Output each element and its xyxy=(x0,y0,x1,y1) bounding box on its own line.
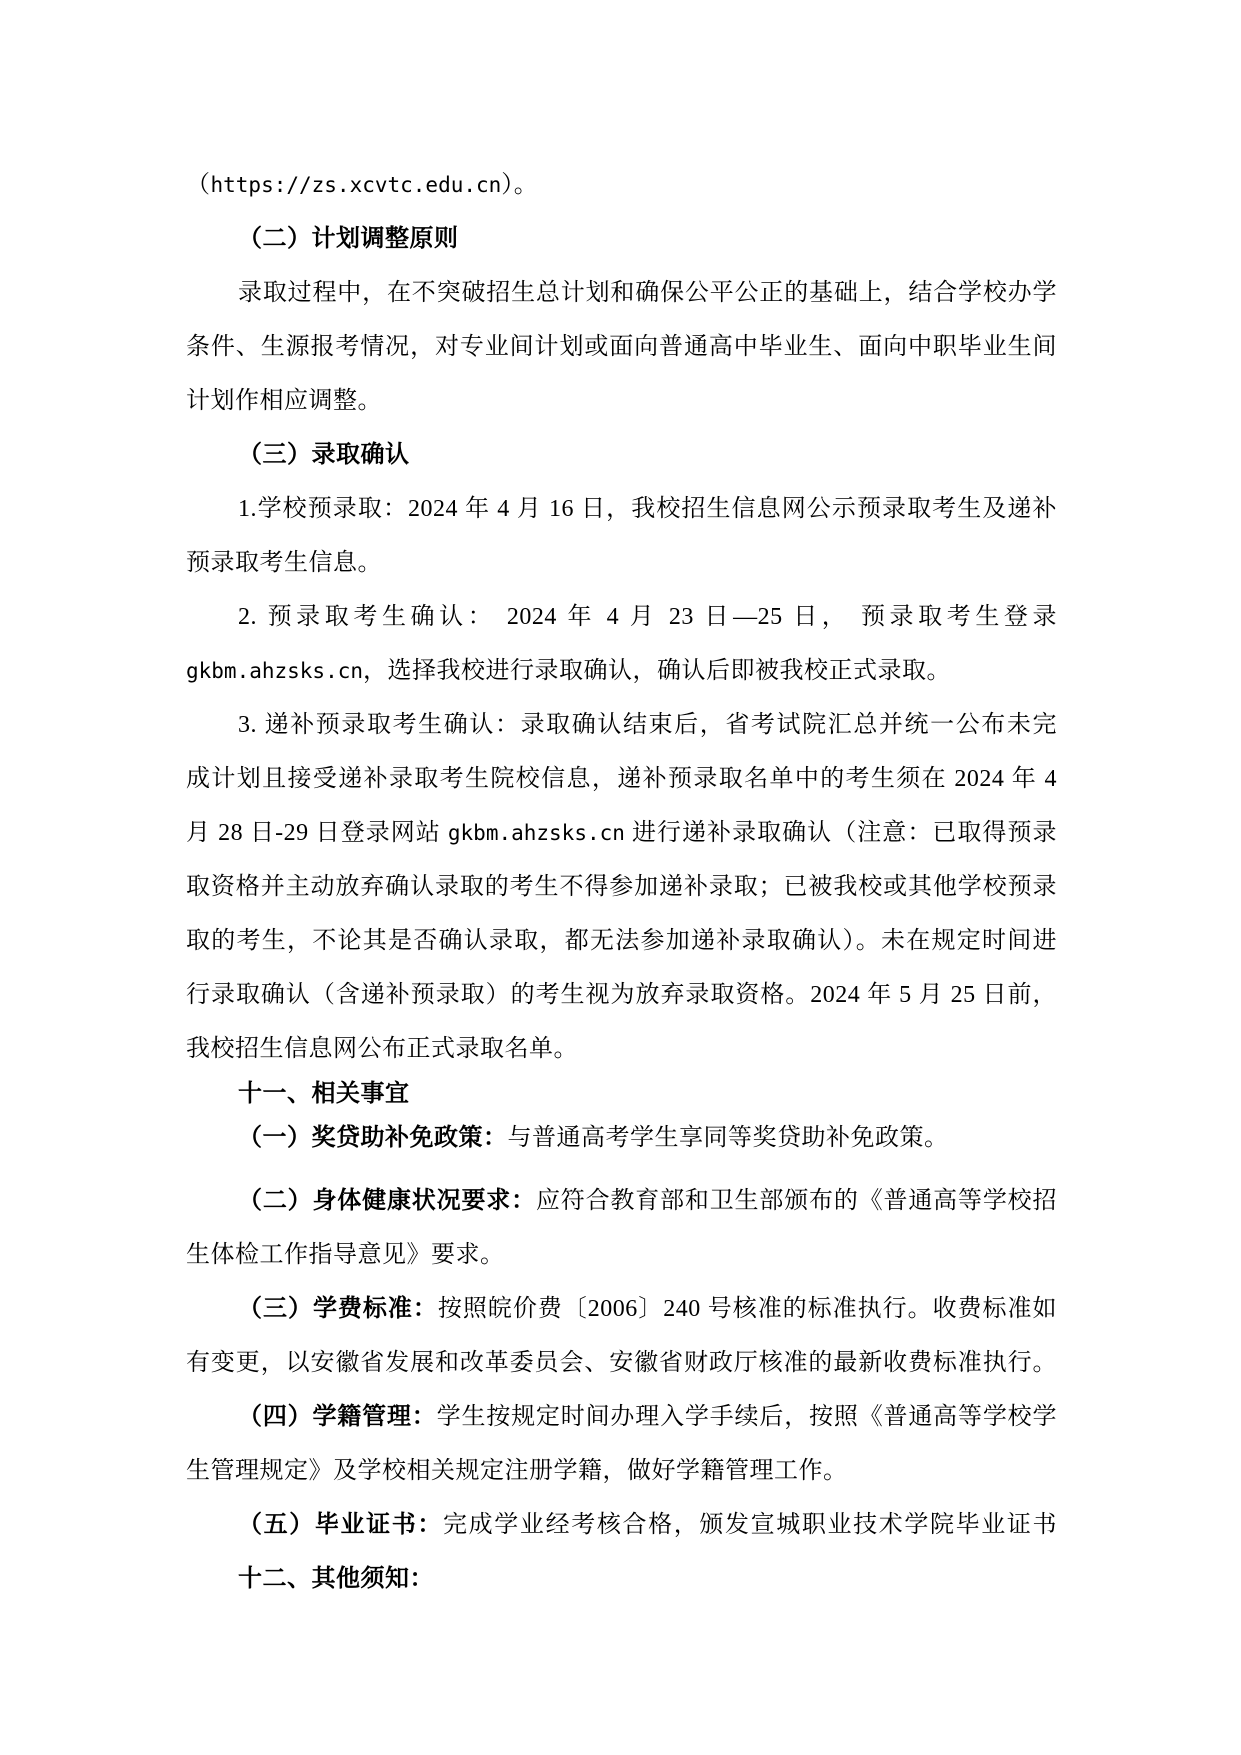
body-text: 有变更，以安徽省发展和改革委员会、安徽省财政厅核准的最新收费标准执行。 xyxy=(186,1350,1057,1376)
url-text: https://zs.xcvtc.edu.cn xyxy=(211,173,502,197)
bold-label: （五）毕业证书： xyxy=(238,1511,443,1538)
body-text: 进行递补录取确认（注意：已取得预录 xyxy=(625,820,1057,846)
body-text-line: 生管理规定》及学校相关规定注册学籍，做好学籍管理工作。 xyxy=(186,1444,1057,1498)
bold-label: （三）录取确认 xyxy=(238,441,410,468)
body-text-line: gkbm.ahzsks.cn，选择我校进行录取确认，确认后即被我校正式录取。 xyxy=(186,644,1057,698)
body-text-line: 计划作相应调整。 xyxy=(186,374,1057,428)
body-text: 取资格并主动放弃确认录取的考生不得参加递补录取；已被我校或其他学校预录 xyxy=(186,874,1057,900)
body-text-line: （二）身体健康状况要求：应符合教育部和卫生部颁布的《普通高等学校招 xyxy=(186,1174,1057,1228)
body-text-line: 取资格并主动放弃确认录取的考生不得参加递补录取；已被我校或其他学校预录 xyxy=(186,860,1057,914)
body-text: 生体检工作指导意见》要求。 xyxy=(186,1242,505,1268)
url-text: gkbm.ahzsks.cn xyxy=(186,659,363,683)
body-text: 3. 递补预录取考生确认：录取确认结束后，省考试院汇总并统一公布未完 xyxy=(238,712,1057,738)
bold-label: （三）学费标准： xyxy=(238,1295,438,1322)
body-text: 按照皖价费〔2006〕240 号核准的标准执行。收费标准如 xyxy=(438,1296,1057,1322)
body-text: 完成学业经考核合格，颁发宣城职业技术学院毕业证书 xyxy=(443,1512,1057,1538)
body-text-line: 录取过程中，在不突破招生总计划和确保公平公正的基础上，结合学校办学 xyxy=(186,266,1057,320)
body-text: 取的考生，不论其是否确认录取，都无法参加递补录取确认）。未在规定时间进 xyxy=(186,928,1057,954)
section-heading-line: 十一、相关事宜 xyxy=(186,1076,1057,1116)
body-text-line: 有变更，以安徽省发展和改革委员会、安徽省财政厅核准的最新收费标准执行。 xyxy=(186,1336,1057,1390)
body-text: 我校招生信息网公布正式录取名单。 xyxy=(186,1036,578,1062)
body-text: 月 28 日-29 日登录网站 xyxy=(186,820,448,846)
body-text: 行录取确认（含递补预录取）的考生视为放弃录取资格。2024 年 5 月 25 日… xyxy=(186,982,1057,1008)
body-text-line: （四）学籍管理：学生按规定时间办理入学手续后，按照《普通高等学校学 xyxy=(186,1390,1057,1444)
body-text: 条件、生源报考情况，对专业间计划或面向普通高中毕业生、面向中职毕业生间 xyxy=(186,334,1057,360)
section-heading-line: 十二、其他须知： xyxy=(186,1552,1057,1606)
bold-label: （二）计划调整原则 xyxy=(238,225,459,252)
bold-label: （一）奖贷助补免政策： xyxy=(238,1124,508,1151)
body-text: 预录取考生信息。 xyxy=(186,550,382,576)
body-text-line: 取的考生，不论其是否确认录取，都无法参加递补录取确认）。未在规定时间进 xyxy=(186,914,1057,968)
body-text-line: 条件、生源报考情况，对专业间计划或面向普通高中毕业生、面向中职毕业生间 xyxy=(186,320,1057,374)
document-page: （https://zs.xcvtc.edu.cn）。（二）计划调整原则录取过程中… xyxy=(0,0,1241,1755)
body-text: 生管理规定》及学校相关规定注册学籍，做好学籍管理工作。 xyxy=(186,1458,848,1484)
body-text: 2. 预录取考生确认： 2024 年 4 月 23 日—25 日， 预录取考生登… xyxy=(238,604,1057,630)
body-text: 录取过程中，在不突破招生总计划和确保公平公正的基础上，结合学校办学 xyxy=(238,280,1057,306)
body-text: （ xyxy=(186,172,211,198)
body-text: 与普通高考学生享同等奖贷助补免政策。 xyxy=(508,1125,949,1151)
body-text-line: （五）毕业证书：完成学业经考核合格，颁发宣城职业技术学院毕业证书 xyxy=(186,1498,1057,1552)
body-text-line: 2. 预录取考生确认： 2024 年 4 月 23 日—25 日， 预录取考生登… xyxy=(186,590,1057,644)
body-text: 成计划且接受递补录取考生院校信息，递补预录取名单中的考生须在 2024 年 4 xyxy=(186,766,1057,792)
bold-label: （四）学籍管理： xyxy=(238,1403,437,1430)
body-text: 应符合教育部和卫生部颁布的《普通高等学校招 xyxy=(536,1188,1057,1214)
section-heading-line: （三）录取确认 xyxy=(186,428,1057,482)
body-text: ）。 xyxy=(501,172,538,198)
body-text: ，选择我校进行录取确认，确认后即被我校正式录取。 xyxy=(363,658,951,684)
body-text-line: 行录取确认（含递补预录取）的考生视为放弃录取资格。2024 年 5 月 25 日… xyxy=(186,968,1057,1022)
bold-label: 十二、其他须知： xyxy=(238,1565,434,1592)
body-text-line: （三）学费标准：按照皖价费〔2006〕240 号核准的标准执行。收费标准如 xyxy=(186,1282,1057,1336)
body-text: 计划作相应调整。 xyxy=(186,388,382,414)
body-text-line: 生体检工作指导意见》要求。 xyxy=(186,1228,1057,1282)
body-text-line: 预录取考生信息。 xyxy=(186,536,1057,590)
body-text-line: 1.学校预录取：2024 年 4 月 16 日，我校招生信息网公示预录取考生及递… xyxy=(186,482,1057,536)
body-text-line: （一）奖贷助补免政策：与普通高考学生享同等奖贷助补免政策。 xyxy=(186,1116,1057,1174)
body-text-line: 月 28 日-29 日登录网站 gkbm.ahzsks.cn 进行递补录取确认（… xyxy=(186,806,1057,860)
body-text-line: （https://zs.xcvtc.edu.cn）。 xyxy=(186,158,1057,212)
body-text: 1.学校预录取：2024 年 4 月 16 日，我校招生信息网公示预录取考生及递… xyxy=(238,496,1057,522)
body-text: 学生按规定时间办理入学手续后，按照《普通高等学校学 xyxy=(437,1404,1057,1430)
url-text: gkbm.ahzsks.cn xyxy=(448,821,625,845)
bold-label: （二）身体健康状况要求： xyxy=(238,1187,536,1214)
bold-label: 十一、相关事宜 xyxy=(238,1080,410,1107)
section-heading-line: （二）计划调整原则 xyxy=(186,212,1057,266)
body-text-line: 3. 递补预录取考生确认：录取确认结束后，省考试院汇总并统一公布未完 xyxy=(186,698,1057,752)
body-text-line: 成计划且接受递补录取考生院校信息，递补预录取名单中的考生须在 2024 年 4 xyxy=(186,752,1057,806)
document-content: （https://zs.xcvtc.edu.cn）。（二）计划调整原则录取过程中… xyxy=(186,158,1057,1606)
body-text-line: 我校招生信息网公布正式录取名单。 xyxy=(186,1022,1057,1076)
